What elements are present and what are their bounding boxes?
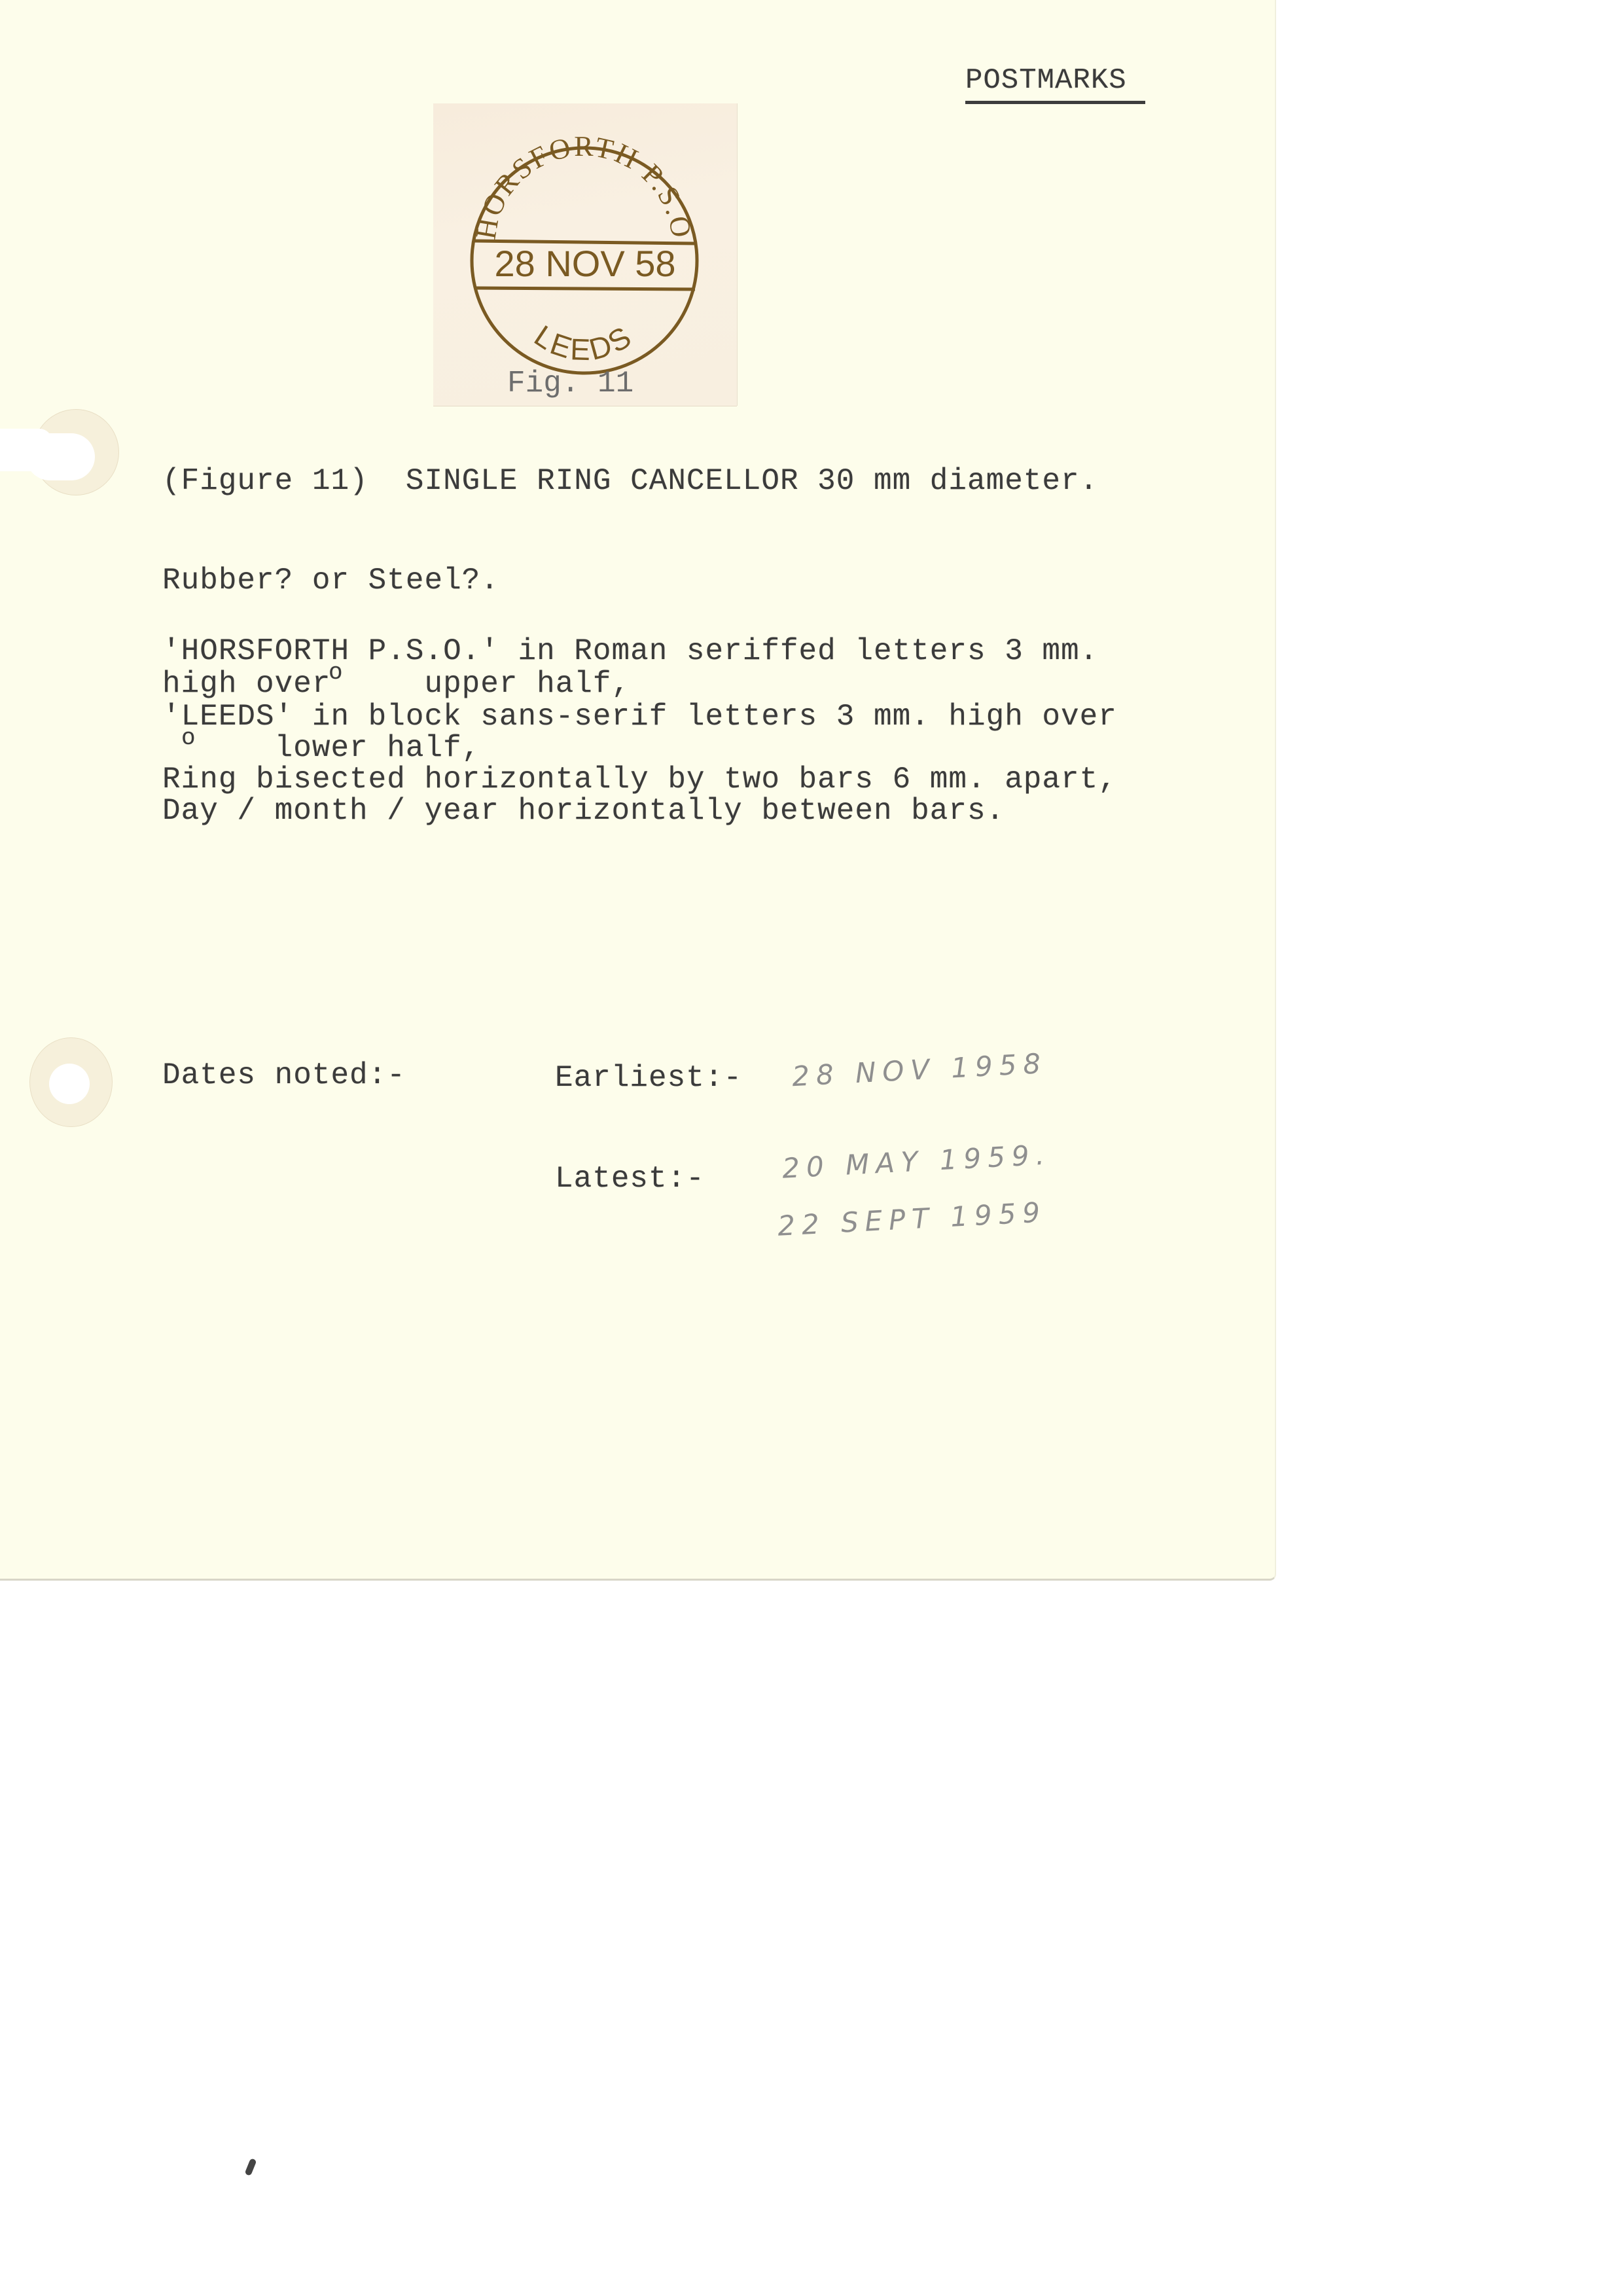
torn-hole-edge-top: [0, 429, 52, 471]
figure-heading: (Figure 11) SINGLE RING CANCELLOR 30 mm …: [162, 465, 1098, 497]
latest-date-handwritten-2: 22 SEPT 1959: [777, 1196, 1047, 1242]
figure-caption: Fig. 11: [507, 367, 633, 401]
postmark-figure: HORSFORTH P.S.O 28 NOV 58 LEEDS: [433, 103, 737, 406]
material-note: Rubber? or Steel?.: [162, 564, 499, 597]
description-line-6: Day / month / year horizontally between …: [162, 795, 1005, 827]
latest-date-handwritten-1: 20 MAY 1959.: [781, 1138, 1052, 1184]
earliest-label: Earliest:-: [555, 1062, 742, 1094]
page-title: POSTMARKS: [965, 64, 1145, 104]
paper-sheet: POSTMARKS HORSFORTH P.S.O 28 NOV 58 LEED…: [0, 0, 1276, 1581]
description-line-4: lower half,: [162, 732, 480, 764]
svg-text:HORSFORTH P.S.O: HORSFORTH P.S.O: [470, 130, 698, 242]
description-line-3: 'LEEDS' in block sans-serif letters 3 mm…: [162, 700, 1117, 733]
description-line-2: high over upper half,: [162, 668, 630, 700]
dates-noted-label: Dates noted:-: [162, 1059, 406, 1092]
latest-label: Latest:-: [555, 1162, 705, 1195]
punch-hole-bottom: [49, 1064, 90, 1104]
stray-ink-mark: [244, 2158, 257, 2176]
svg-text:LEEDS: LEEDS: [528, 318, 639, 367]
svg-text:28 NOV 58: 28 NOV 58: [494, 243, 675, 284]
description-line-5: Ring bisected horizontally by two bars 6…: [162, 763, 1117, 796]
earliest-date-handwritten: 28 NOV 1958: [791, 1047, 1048, 1092]
postmark-stamp-icon: HORSFORTH P.S.O 28 NOV 58 LEEDS: [433, 103, 737, 406]
description-line-1: 'HORSFORTH P.S.O.' in Roman seriffed let…: [162, 635, 1098, 668]
